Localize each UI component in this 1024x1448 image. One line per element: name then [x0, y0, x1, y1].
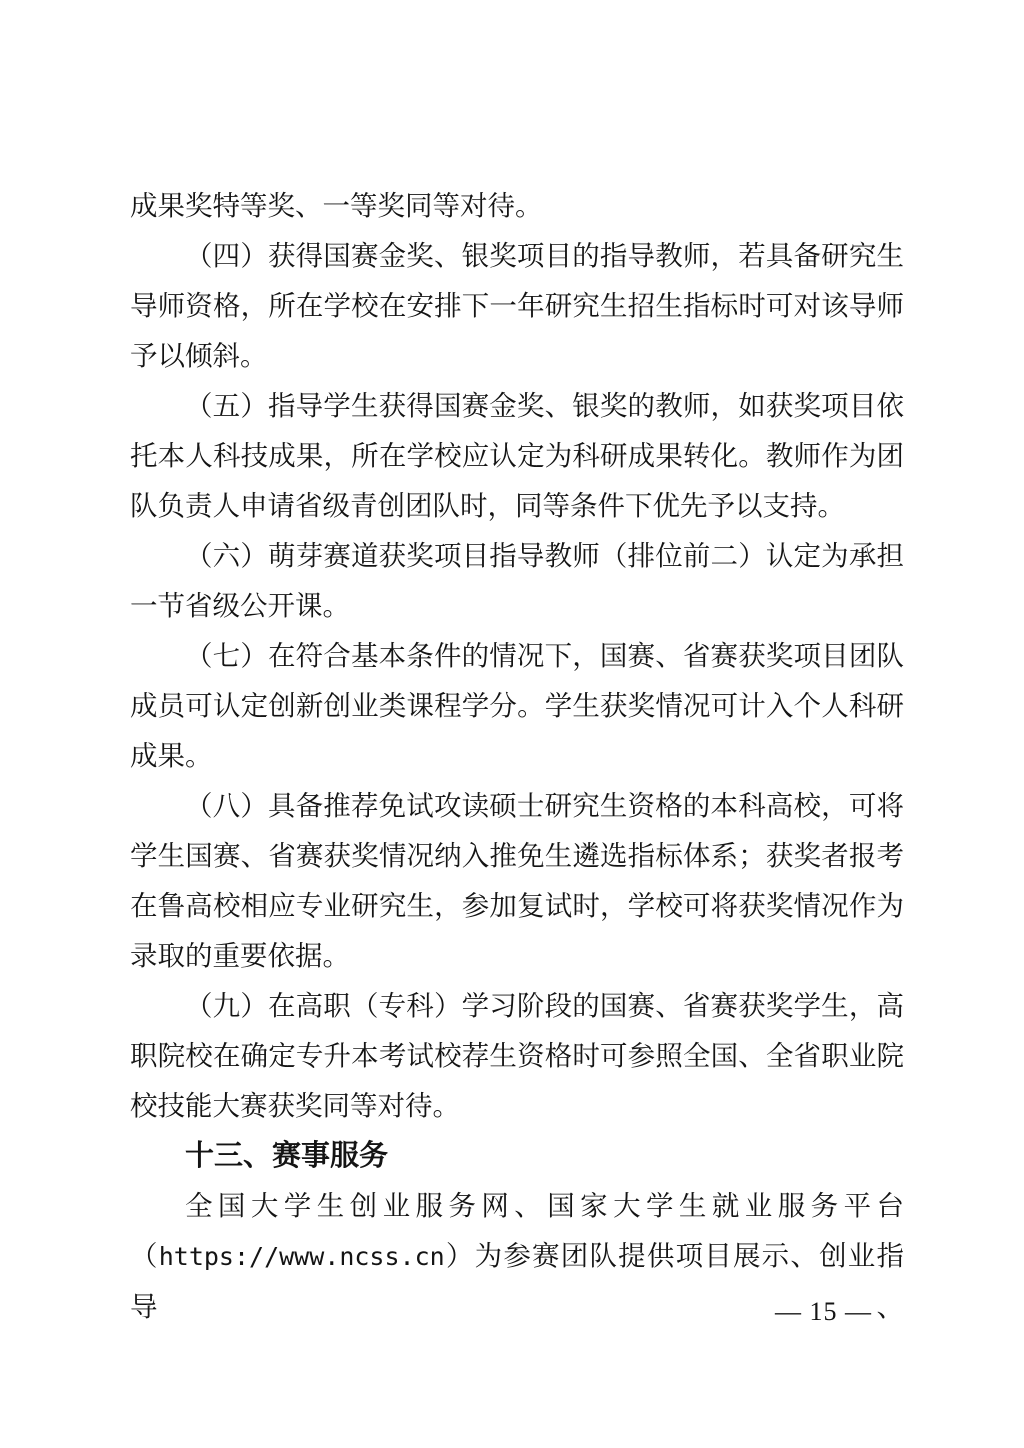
- text-line: 托本人科技成果，所在学校应认定为科研成果转化。教师作为团: [130, 431, 904, 481]
- text-line: （八）具备推荐免试攻读硕士研究生资格的本科高校，可将: [130, 781, 904, 831]
- text-line: 学生国赛、省赛获奖情况纳入推免生遴选指标体系；获奖者报考: [130, 831, 904, 881]
- text-line: 全国大学生创业服务网、国家大学生就业服务平台: [130, 1181, 904, 1231]
- text-line: （九）在高职（专科）学习阶段的国赛、省赛获奖学生，高: [130, 981, 904, 1031]
- text-line: 校技能大赛获奖同等对待。: [130, 1081, 904, 1131]
- text-line: 职院校在确定专升本考试校荐生资格时可参照全国、全省职业院: [130, 1031, 904, 1081]
- text-line: （五）指导学生获得国赛金奖、银奖的教师，如获奖项目依: [130, 381, 904, 431]
- text-line: 一节省级公开课。: [130, 581, 904, 631]
- document-page: 成果奖特等奖、一等奖同等对待。 （四）获得国赛金奖、银奖项目的指导教师，若具备研…: [0, 0, 1024, 1448]
- text-line: 在鲁高校相应专业研究生，参加复试时，学校可将获奖情况作为: [130, 881, 904, 931]
- page-content: 成果奖特等奖、一等奖同等对待。 （四）获得国赛金奖、银奖项目的指导教师，若具备研…: [130, 181, 904, 1281]
- text-line: 成果。: [130, 731, 904, 781]
- text-line: 成员可认定创新创业类课程学分。学生获奖情况可计入个人科研: [130, 681, 904, 731]
- text-line: （六）萌芽赛道获奖项目指导教师（排位前二）认定为承担: [130, 531, 904, 581]
- text-line: 队负责人申请省级青创团队时，同等条件下优先予以支持。: [130, 481, 904, 531]
- text-line: 予以倾斜。: [130, 331, 904, 381]
- text-line: （七）在符合基本条件的情况下，国赛、省赛获奖项目团队: [130, 631, 904, 681]
- url-text: https://www.ncss.cn: [159, 1242, 445, 1271]
- text-line: （https://www.ncss.cn）为参赛团队提供项目展示、创业指导、: [130, 1231, 904, 1281]
- text-line: （四）获得国赛金奖、银奖项目的指导教师，若具备研究生: [130, 231, 904, 281]
- text-line: 成果奖特等奖、一等奖同等对待。: [130, 181, 904, 231]
- page-number: — 15 —: [775, 1292, 872, 1332]
- text-line: 导师资格，所在学校在安排下一年研究生招生指标时可对该导师: [130, 281, 904, 331]
- text-line: 录取的重要依据。: [130, 931, 904, 981]
- section-heading: 十三、赛事服务: [130, 1131, 904, 1181]
- text-fragment: （: [130, 1240, 159, 1271]
